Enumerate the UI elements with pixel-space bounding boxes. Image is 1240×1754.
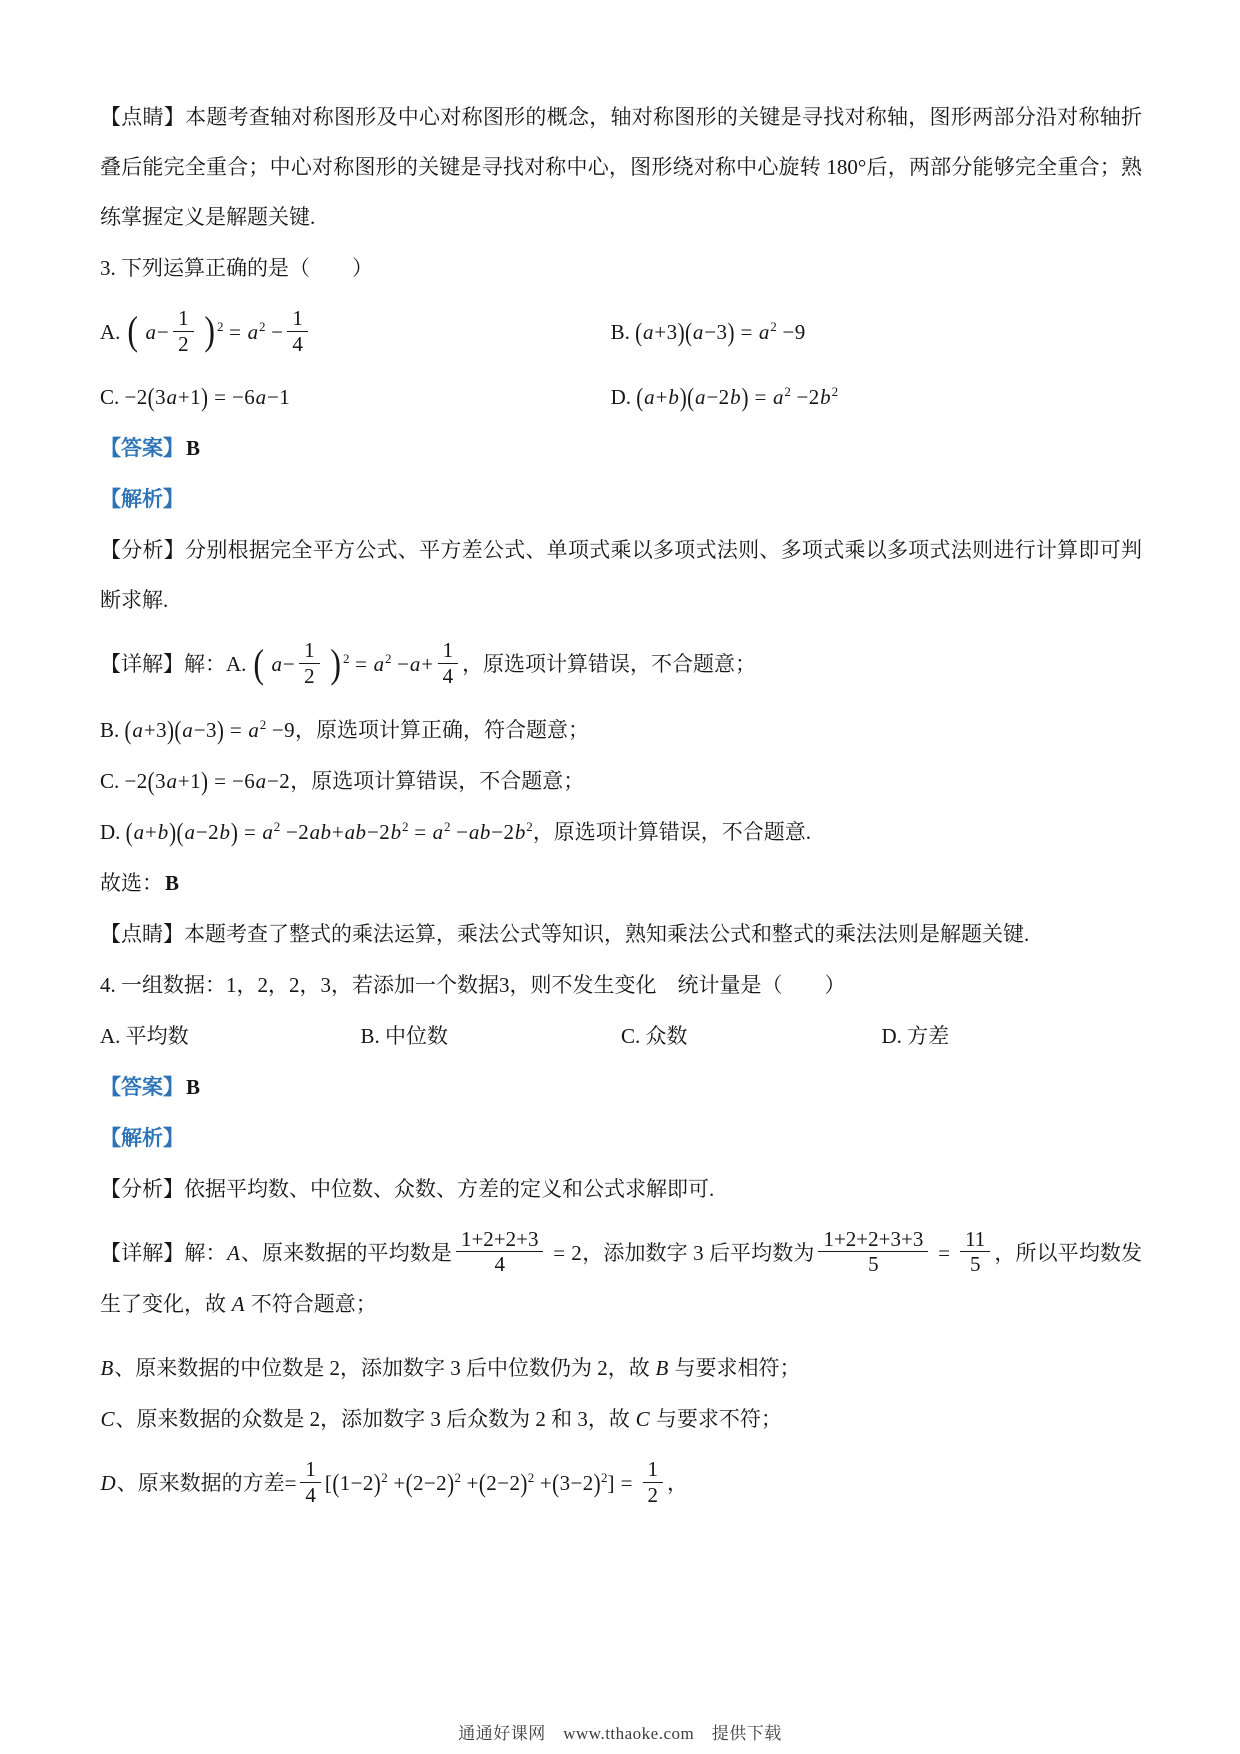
- math-expression: (a+3)(a−3) = a2 −9: [125, 718, 296, 742]
- text-run: 【分析】依据平均数、中位数、众数、方差的定义和公式求解即可.: [100, 1177, 714, 1201]
- text-run: 、原来数据的方差=: [117, 1471, 297, 1495]
- option-cell: D. (a+b)(a−2b) = a2 −2b2: [611, 372, 1142, 422]
- text-run: 【点睛】本题考查了整式的乘法运算，乘法公式等知识，熟知乘法公式和整式的乘法法则是…: [100, 922, 1029, 946]
- math-expression: −2(3a+1) = −6a−1: [125, 385, 291, 409]
- fraction: 14: [300, 1458, 321, 1506]
- math-expression: 1+2+2+34 = 2: [452, 1241, 582, 1265]
- q4-detail-c: C、原来数据的众数是 2，添加数字 3 后众数为 2 和 3，故 C 与要求不符…: [100, 1394, 1142, 1444]
- text-run: D.: [100, 820, 126, 844]
- option-cell: A. ( a−12 )2 = a2 −14: [100, 307, 611, 358]
- text-run: ，原选项计算错误，不合题意.: [533, 820, 811, 844]
- text-run: B. 中位数: [361, 1024, 449, 1048]
- q4-detail-b: B、原来数据的中位数是 2，添加数字 3 后中位数仍为 2，故 B 与要求相符；: [100, 1343, 1142, 1393]
- text-run: 3. 下列运算正确的是（ ）: [100, 256, 373, 280]
- text-run: B.: [100, 718, 125, 742]
- math-expression: C: [100, 1407, 115, 1431]
- q3-fenxi: 【分析】分别根据完全平方公式、平方差公式、单项式乘以多项式法则、多项式乘以多项式…: [100, 525, 1142, 625]
- math-expression: D: [100, 1471, 117, 1495]
- math-expression: 1+2+2+3+35 = 115: [814, 1241, 994, 1265]
- q3-jiexi: 【解析】: [100, 474, 1142, 524]
- math-expression: B: [100, 1356, 114, 1380]
- section-label: 【答案】: [100, 436, 184, 460]
- text-run: A.: [100, 320, 126, 344]
- math-expression: C: [635, 1407, 650, 1431]
- q3-detail-b: B. (a+3)(a−3) = a2 −9，原选项计算正确，符合题意；: [100, 705, 1142, 755]
- fraction: 1+2+2+34: [456, 1228, 544, 1276]
- q3-detail-c: C. −2(3a+1) = −6a−2，原选项计算错误，不合题意；: [100, 756, 1142, 806]
- page-footer: 通通好课网 www.tthaoke.com 提供下载: [0, 1719, 1240, 1744]
- q3-remark: 【点睛】本题考查了整式的乘法运算，乘法公式等知识，熟知乘法公式和整式的乘法法则是…: [100, 909, 1142, 959]
- option-cell: B. (a+3)(a−3) = a2 −9: [611, 307, 1142, 358]
- q4-detail-d: D、原来数据的方差=14[(1−2)2 +(2−2)2 +(2−2)2 +(3−…: [100, 1445, 1142, 1522]
- fraction: 115: [960, 1228, 990, 1276]
- text-run: 【点睛】本题考查轴对称图形及中心对称图形的概念，轴对称图形的关键是寻找对称轴，图…: [100, 105, 1142, 229]
- answer-letter: B: [184, 436, 200, 460]
- math-expression: (a+b)(a−2b) = a2 −2ab+ab−2b2 = a2 −ab−2b…: [126, 820, 533, 844]
- text-run: 故选：: [100, 871, 163, 895]
- q3-choice: 故选：B: [100, 858, 1142, 908]
- answer-letter: B: [184, 1075, 200, 1099]
- text-run: 与要求不符；: [651, 1407, 782, 1431]
- text-run: ，添加数字 3 后平均数为: [582, 1241, 814, 1265]
- fraction: 1+2+2+3+35: [818, 1228, 928, 1276]
- text-run: 【分析】分别根据完全平方公式、平方差公式、单项式乘以多项式法则、多项式乘以多项式…: [100, 538, 1142, 612]
- q4-options-row: A. 平均数B. 中位数C. 众数D. 方差: [100, 1011, 1142, 1061]
- q4-jiexi: 【解析】: [100, 1113, 1142, 1163]
- q3-detail-a: 【详解】解：A. ( a−12 )2 = a2 −a+14，原选项计算错误，不合…: [100, 626, 1142, 703]
- q2-remark: 【点睛】本题考查轴对称图形及中心对称图形的概念，轴对称图形的关键是寻找对称轴，图…: [100, 92, 1142, 242]
- option-cell: A. 平均数: [100, 1011, 361, 1061]
- math-expression: A: [227, 1241, 241, 1265]
- footer-download-note: 通通好课网 www.tthaoke.com 提供下载: [458, 1724, 782, 1743]
- text-run: C.: [100, 385, 125, 409]
- text-run: ，原选项计算错误，不合题意；: [290, 769, 584, 793]
- exam-solution-document: 【点睛】本题考查轴对称图形及中心对称图形的概念，轴对称图形的关键是寻找对称轴，图…: [100, 92, 1142, 1523]
- math-expression: ( a−12 )2 = a2 −14: [126, 320, 312, 344]
- text-run: 、原来数据的平均数是: [241, 1241, 452, 1265]
- option-cell: B. 中位数: [361, 1011, 622, 1061]
- section-label: 【答案】: [100, 1075, 184, 1099]
- answer-letter: B: [163, 871, 179, 895]
- q4-answer: 【答案】B: [100, 1062, 1142, 1112]
- fraction: 12: [173, 307, 194, 355]
- math-expression: B: [655, 1356, 669, 1380]
- fraction: 14: [438, 639, 459, 687]
- text-run: 【详解】解：A.: [100, 652, 252, 676]
- q3-detail-d: D. (a+b)(a−2b) = a2 −2ab+ab−2b2 = a2 −ab…: [100, 807, 1142, 857]
- math-expression: −2(3a+1) = −6a−2: [125, 769, 291, 793]
- text-run: B.: [611, 320, 636, 344]
- q4-detail-a: 【详解】解：A、原来数据的平均数是1+2+2+34 = 2，添加数字 3 后平均…: [100, 1215, 1142, 1342]
- q3-stem: 3. 下列运算正确的是（ ）: [100, 243, 1142, 293]
- text-run: 4. 一组数据：1，2，2，3，若添加一个数据3，则不发生变化 统计量是（ ）: [100, 973, 846, 997]
- text-run: 【详解】解：: [100, 1241, 227, 1265]
- section-label: 【解析】: [100, 1126, 184, 1150]
- text-run: C.: [100, 769, 125, 793]
- math-expression: A: [231, 1292, 245, 1316]
- text-run: D. 方差: [882, 1024, 950, 1048]
- text-run: 与要求相符；: [669, 1356, 800, 1380]
- q3-options-row-1: A. ( a−12 )2 = a2 −14B. (a+3)(a−3) = a2 …: [100, 294, 1142, 371]
- q4-fenxi: 【分析】依据平均数、中位数、众数、方差的定义和公式求解即可.: [100, 1164, 1142, 1214]
- math-expression: (a+3)(a−3) = a2 −9: [635, 320, 806, 344]
- text-run: A. 平均数: [100, 1024, 189, 1048]
- text-run: ，: [667, 1471, 688, 1495]
- text-run: ，原选项计算正确，符合题意；: [295, 718, 589, 742]
- text-run: 、原来数据的中位数是 2，添加数字 3 后中位数仍为 2，故: [114, 1356, 655, 1380]
- math-expression: (a+b)(a−2b) = a2 −2b2: [636, 385, 838, 409]
- text-run: 不符合题意；: [245, 1292, 376, 1316]
- math-expression: ( a−12 )2 = a2 −a+14: [252, 652, 462, 676]
- fraction: 14: [287, 307, 308, 355]
- q4-stem: 4. 一组数据：1，2，2，3，若添加一个数据3，则不发生变化 统计量是（ ）: [100, 960, 1142, 1010]
- option-cell: C. 众数: [621, 1011, 882, 1061]
- q3-options-row-2: C. −2(3a+1) = −6a−1D. (a+b)(a−2b) = a2 −…: [100, 372, 1142, 422]
- text-run: D.: [611, 385, 637, 409]
- text-run: C. 众数: [621, 1024, 688, 1048]
- fraction: 12: [299, 639, 320, 687]
- text-run: ，原选项计算错误，不合题意；: [462, 652, 756, 676]
- option-cell: C. −2(3a+1) = −6a−1: [100, 372, 611, 422]
- math-expression: 14[(1−2)2 +(2−2)2 +(2−2)2 +(3−2)2] = 12: [296, 1471, 667, 1495]
- option-cell: D. 方差: [882, 1011, 1143, 1061]
- q3-answer: 【答案】B: [100, 423, 1142, 473]
- text-run: 、原来数据的众数是 2，添加数字 3 后众数为 2 和 3，故: [115, 1407, 635, 1431]
- fraction: 12: [643, 1458, 664, 1506]
- section-label: 【解析】: [100, 487, 184, 511]
